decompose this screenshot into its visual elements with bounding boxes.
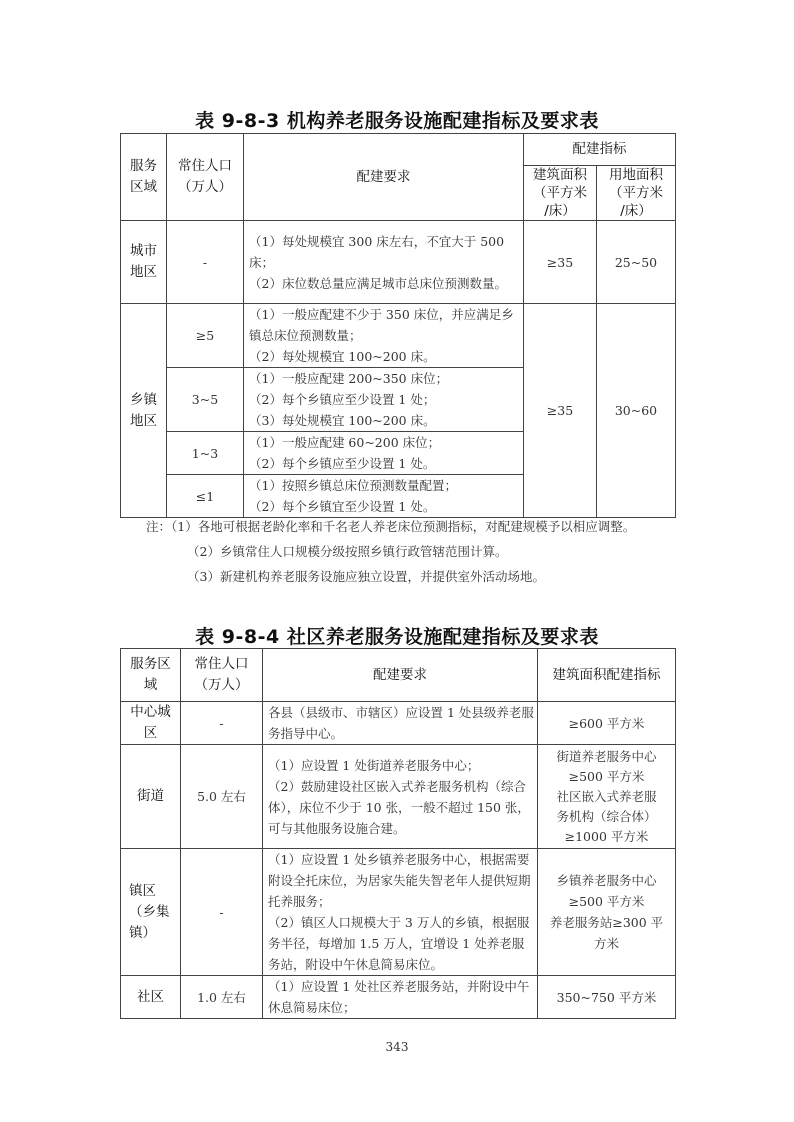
header-land-area: 用地面积 （平方米 /床） — [597, 166, 676, 221]
header-region: 服务区 域 — [121, 649, 181, 702]
cell-requirement: （1）按照乡镇总床位预测数量配置； （2）每个乡镇宜至少设置 1 处。 — [244, 475, 524, 518]
note-3: （3）新建机构养老服务设施应独立设置，并提供室外活动场地。 — [120, 564, 680, 589]
table-row: 街道 5.0 左右 （1）应设置 1 处街道养老服务中心； （2）鼓励建设社区嵌… — [121, 745, 676, 849]
cell-region: 社区 — [121, 976, 181, 1019]
requirement-line: （2）每个乡镇应至少设置 1 处。 — [249, 453, 520, 474]
cell-population: ≥5 — [167, 304, 244, 368]
cell-population: - — [181, 849, 263, 976]
cell-land-area: 25~50 — [597, 221, 676, 304]
cell-building-area: ≥35 — [524, 304, 597, 518]
cell-region: 镇区 （乡集 镇） — [121, 849, 181, 976]
table-row: 社区 1.0 左右 （1）应设置 1 处社区养老服务站，并附设中午休息简易床位；… — [121, 976, 676, 1019]
cell-population: 3~5 — [167, 368, 244, 432]
cell-requirement: （1）一般应配建 200~350 床位； （2）每个乡镇应至少设置 1 处； （… — [244, 368, 524, 432]
requirement-line: （1）每处规模宜 300 床左右，不宜大于 500 床； — [249, 231, 520, 273]
requirement-line: 各县（县级市、市辖区）应设置 1 处县级养老服务指导中心。 — [268, 702, 534, 744]
cell-requirement: （1）应设置 1 处乡镇养老服务中心，根据需要附设全托床位，为居家失能失智老年人… — [263, 849, 538, 976]
cell-land-area: 30~60 — [597, 304, 676, 518]
header-population: 常住人口 （万人） — [167, 134, 244, 221]
note-2: （2）乡镇常住人口规模分级按照乡镇行政管辖范围计算。 — [120, 539, 680, 564]
cell-requirement: （1）每处规模宜 300 床左右，不宜大于 500 床； （2）床位数总量应满足… — [244, 221, 524, 304]
header-building-area: 建筑面积配建指标 — [538, 649, 676, 702]
table2: 服务区 域 常住人口 （万人） 配建要求 建筑面积配建指标 中心城 区 - 各县… — [120, 648, 676, 1019]
cell-building-area: 乡镇养老服务中心 ≥500 平方米 养老服务站≥300 平 方米 — [538, 849, 676, 976]
cell-building-area: 350~750 平方米 — [538, 976, 676, 1019]
requirement-line: （1）应设置 1 处乡镇养老服务中心，根据需要附设全托床位，为居家失能失智老年人… — [268, 849, 534, 912]
requirement-line: （1）应设置 1 处街道养老服务中心； — [268, 755, 534, 776]
cell-population: - — [181, 702, 263, 745]
note-1: 注：（1）各地可根据老龄化率和千名老人养老床位预测指标，对配建规模予以相应调整。 — [120, 514, 680, 539]
cell-building-area: ≥35 — [524, 221, 597, 304]
requirement-line: （2）每处规模宜 100~200 床。 — [249, 346, 520, 367]
header-building-area: 建筑面积 （平方米 /床） — [524, 166, 597, 221]
cell-requirement: （1）应设置 1 处街道养老服务中心； （2）鼓励建设社区嵌入式养老服务机构（综… — [263, 745, 538, 849]
requirement-line: （1）一般应配建 60~200 床位； — [249, 432, 520, 453]
requirement-line: （2）镇区人口规模大于 3 万人的乡镇，根据服务半径，每增加 1.5 万人，宜增… — [268, 912, 534, 975]
cell-region: 中心城 区 — [121, 702, 181, 745]
table-row: 中心城 区 - 各县（县级市、市辖区）应设置 1 处县级养老服务指导中心。 ≥6… — [121, 702, 676, 745]
table-row: 城市 地区 - （1）每处规模宜 300 床左右，不宜大于 500 床； （2）… — [121, 221, 676, 304]
table1-notes: 注：（1）各地可根据老龄化率和千名老人养老床位预测指标，对配建规模予以相应调整。… — [120, 514, 680, 589]
requirement-line: （1）按照乡镇总床位预测数量配置； — [249, 475, 520, 496]
cell-requirement: （1）应设置 1 处社区养老服务站，并附设中午休息简易床位； — [263, 976, 538, 1019]
table2-title: 表 9-8-4 社区养老服务设施配建指标及要求表 — [0, 622, 794, 649]
requirement-line: （1）应设置 1 处社区养老服务站，并附设中午休息简易床位； — [268, 976, 534, 1018]
cell-population: ≤1 — [167, 475, 244, 518]
cell-requirement: 各县（县级市、市辖区）应设置 1 处县级养老服务指导中心。 — [263, 702, 538, 745]
cell-region: 街道 — [121, 745, 181, 849]
cell-requirement: （1）一般应配建 60~200 床位； （2）每个乡镇应至少设置 1 处。 — [244, 432, 524, 475]
cell-population: 1.0 左右 — [181, 976, 263, 1019]
table1: 服务 区域 常住人口 （万人） 配建要求 配建指标 建筑面积 （平方米 /床） … — [120, 133, 676, 518]
header-population: 常住人口 （万人） — [181, 649, 263, 702]
cell-population: 1~3 — [167, 432, 244, 475]
cell-building-area: 街道养老服务中心 ≥500 平方米 社区嵌入式养老服 务机构（综合体） ≥100… — [538, 745, 676, 849]
requirement-line: （1）一般应配建 200~350 床位； — [249, 368, 520, 389]
cell-population: - — [167, 221, 244, 304]
cell-region: 乡镇 地区 — [121, 304, 167, 518]
table1-title: 表 9-8-3 机构养老服务设施配建指标及要求表 — [0, 106, 794, 133]
table-row: 乡镇 地区 ≥5 （1）一般应配建不少于 350 床位，并应满足乡镇总床位预测数… — [121, 304, 676, 368]
requirement-line: （1）一般应配建不少于 350 床位，并应满足乡镇总床位预测数量； — [249, 304, 520, 346]
header-requirement: 配建要求 — [263, 649, 538, 702]
cell-population: 5.0 左右 — [181, 745, 263, 849]
requirement-line: （2）每个乡镇应至少设置 1 处； — [249, 389, 520, 410]
cell-requirement: （1）一般应配建不少于 350 床位，并应满足乡镇总床位预测数量； （2）每处规… — [244, 304, 524, 368]
requirement-line: （2）床位数总量应满足城市总床位预测数量。 — [249, 273, 520, 294]
header-requirement: 配建要求 — [244, 134, 524, 221]
requirement-line: （2）鼓励建设社区嵌入式养老服务机构（综合体），床位不少于 10 张，一般不超过… — [268, 776, 534, 839]
requirement-line: （3）每处规模宜 100~200 床。 — [249, 410, 520, 431]
header-indicator-group: 配建指标 — [524, 134, 676, 166]
cell-region: 城市 地区 — [121, 221, 167, 304]
header-region: 服务 区域 — [121, 134, 167, 221]
cell-building-area: ≥600 平方米 — [538, 702, 676, 745]
page-number: 343 — [0, 1040, 794, 1054]
table-row: 镇区 （乡集 镇） - （1）应设置 1 处乡镇养老服务中心，根据需要附设全托床… — [121, 849, 676, 976]
